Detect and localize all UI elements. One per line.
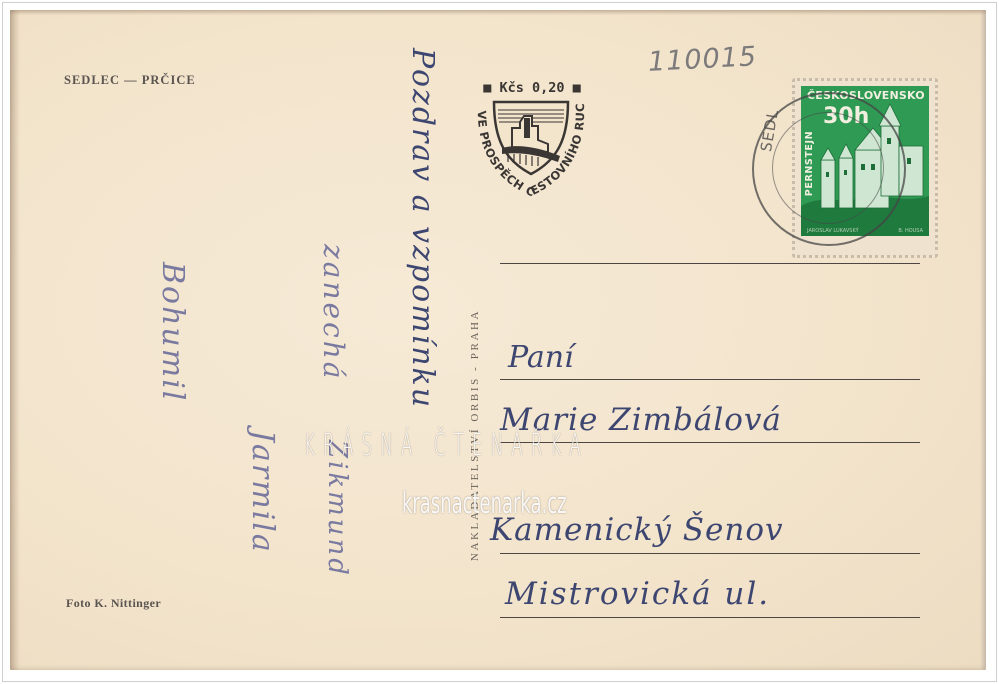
watermark-url: krasnactenarka.cz — [402, 486, 567, 520]
card-edge-shadow — [980, 10, 986, 670]
address-line — [500, 379, 920, 380]
address-line — [500, 553, 920, 554]
photo-credit: Foto K. Nittinger — [66, 596, 161, 611]
message-line-1: Pozdrav a vzpomínku — [405, 48, 440, 409]
castle-ruin-shield-icon: VE PROSPĚCH CESTOVNÍHO RUCHU — [466, 88, 596, 206]
message-line-2: zanechá — [317, 244, 350, 381]
stamp-imprint-right: B. HOUSA — [898, 228, 923, 234]
address-line — [500, 263, 920, 264]
signature-line-2: Jarmila — [245, 430, 280, 554]
place-caption: SEDLEC — PRČICE — [64, 73, 196, 88]
catalog-number: 110015 — [647, 41, 758, 78]
charity-badge: ■ Kčs 0,20 ■ VE PROSPĚCH CESTOVNÍHO RUCH… — [466, 80, 596, 202]
address-line — [500, 617, 920, 618]
postmark-inner-ring — [772, 112, 884, 224]
signature-line-1: Bohumil — [155, 262, 190, 402]
watermark-title: KRÁSNÁ ČTENÁŘKA — [304, 428, 589, 463]
address-line-1: Paní — [508, 340, 574, 375]
address-line-4: Mistrovická ul. — [505, 576, 770, 612]
